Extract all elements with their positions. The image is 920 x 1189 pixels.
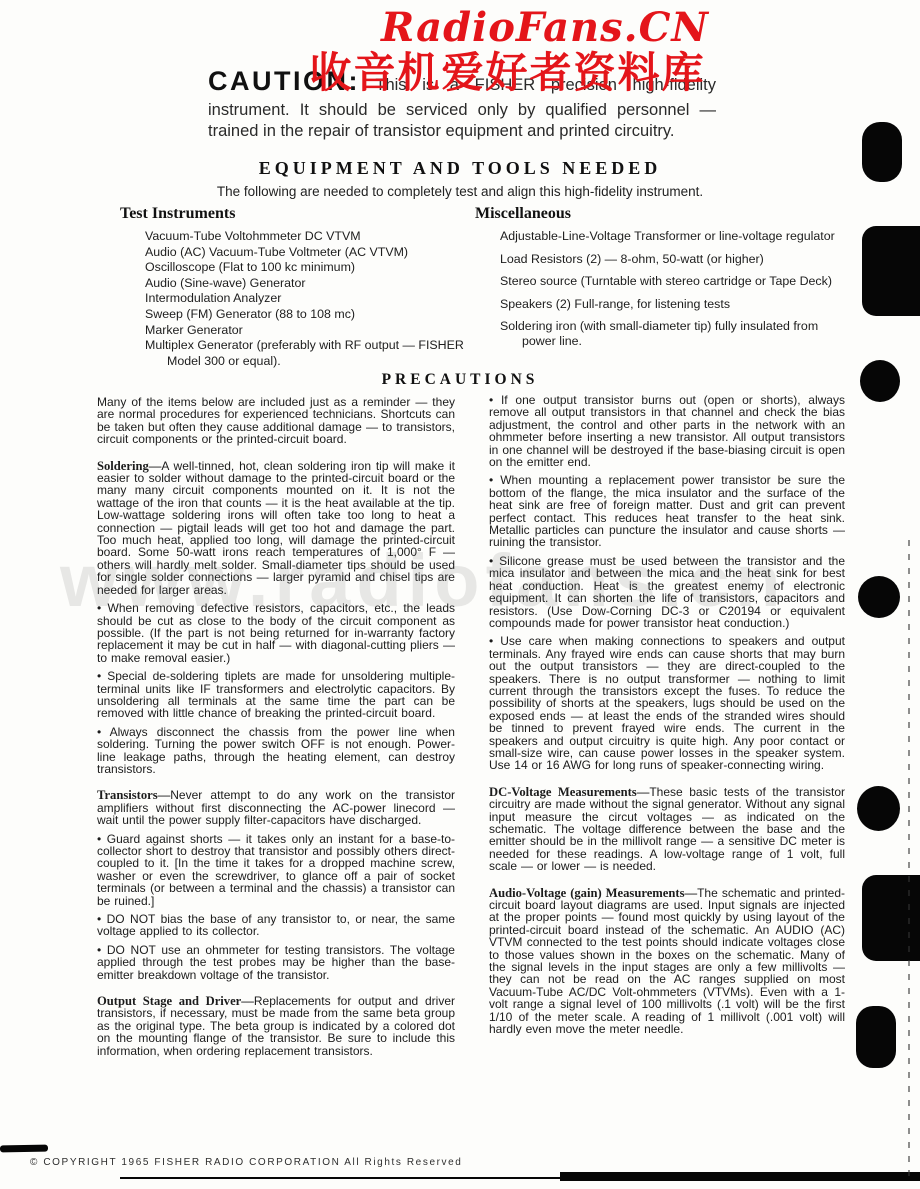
registration-mark xyxy=(856,1006,896,1068)
manual-page: RadioFans.CN 收音机爱好者资料库 CAUTION: This is … xyxy=(0,0,920,1189)
precautions-right-column: • If one output transistor burns out (op… xyxy=(489,394,845,1042)
paragraph: • Special de-soldering tiplets are made … xyxy=(97,670,455,720)
miscellaneous-list: Adjustable-Line-Voltage Transformer or l… xyxy=(500,229,836,356)
list-item: Soldering iron (with small-diameter tip)… xyxy=(500,319,836,348)
list-item: Speakers (2) Full-range, for listening t… xyxy=(500,297,836,312)
list-item: Sweep (FM) Generator (88 to 108 mc) xyxy=(145,307,497,323)
precautions-section-title: PRECAUTIONS xyxy=(0,371,920,389)
list-item: Load Resistors (2) — 8-ohm, 50-watt (or … xyxy=(500,252,836,267)
scan-artifact xyxy=(120,1177,580,1179)
precautions-left-column: Many of the items below are included jus… xyxy=(97,396,455,1063)
scan-artifact xyxy=(560,1172,920,1181)
list-item: Stereo source (Turntable with stereo car… xyxy=(500,274,836,289)
paragraph: • Guard against shorts — it takes only a… xyxy=(97,833,455,907)
list-item: Marker Generator xyxy=(145,323,497,339)
equipment-section-title: EQUIPMENT AND TOOLS NEEDED xyxy=(0,158,920,179)
registration-mark xyxy=(858,576,900,618)
registration-mark xyxy=(860,360,900,402)
paragraph: Audio-Voltage (gain) Measurements—The sc… xyxy=(489,887,845,1036)
test-instruments-heading: Test Instruments xyxy=(120,205,235,223)
registration-mark xyxy=(862,875,920,961)
test-instruments-list: Vacuum-Tube Voltohmmeter DC VTVM Audio (… xyxy=(145,229,497,369)
paragraph: • Use care when making connections to sp… xyxy=(489,635,845,771)
list-item: Oscilloscope (Flat to 100 kc minimum) xyxy=(145,260,497,276)
registration-mark xyxy=(862,226,920,316)
radiofans-overlay-chinese: 收音机爱好者资料库 xyxy=(0,40,920,100)
paragraph: Transistors—Never attempt to do any work… xyxy=(97,789,455,826)
list-item: Audio (AC) Vacuum-Tube Voltmeter (AC VTV… xyxy=(145,245,497,261)
miscellaneous-heading: Miscellaneous xyxy=(475,205,571,223)
watermark-middle: www.radiofans.cn xyxy=(60,538,920,623)
equipment-section-subtitle: The following are needed to completely t… xyxy=(0,184,920,199)
list-item: Vacuum-Tube Voltohmmeter DC VTVM xyxy=(145,229,497,245)
registration-mark xyxy=(862,122,902,182)
scan-artifact xyxy=(0,1145,48,1153)
paragraph: • DO NOT use an ohmmeter for testing tra… xyxy=(97,944,455,981)
paragraph: • DO NOT bias the base of any transistor… xyxy=(97,913,455,938)
list-item: Adjustable-Line-Voltage Transformer or l… xyxy=(500,229,836,244)
registration-mark xyxy=(857,786,900,831)
paragraph: Many of the items below are included jus… xyxy=(97,396,455,446)
paragraph: • Always disconnect the chassis from the… xyxy=(97,726,455,776)
list-item: Multiplex Generator (preferably with RF … xyxy=(145,338,497,369)
paragraph: DC-Voltage Measurements—These basic test… xyxy=(489,786,845,873)
paragraph: Output Stage and Driver—Replacements for… xyxy=(97,995,455,1057)
paragraph: • If one output transistor burns out (op… xyxy=(489,394,845,468)
list-item: Audio (Sine-wave) Generator xyxy=(145,276,497,292)
copyright-line: © COPYRIGHT 1965 FISHER RADIO CORPORATIO… xyxy=(30,1157,462,1168)
list-item: Intermodulation Analyzer xyxy=(145,291,497,307)
scan-artifact xyxy=(908,540,910,1180)
